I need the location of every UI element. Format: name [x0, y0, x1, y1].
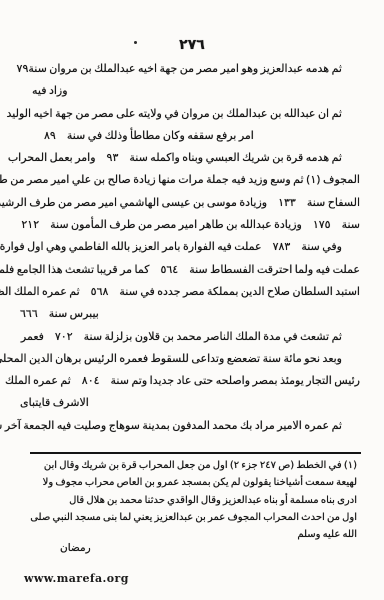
catchword: رمضان — [60, 542, 91, 554]
text-line: امر برفع سقفه وكان مطاطأ وذلك في سنة ٨٩ — [20, 125, 360, 147]
text-line: ثم هدمه قرة بن شريك العبسي وبناه واكمله … — [20, 147, 360, 169]
page-number: ٢٧٦ — [0, 37, 384, 53]
text-line: ثم عمره الامير مراد بك محمد المدفون بمدي… — [20, 415, 360, 437]
text-line: سنة ١٧٥ وزيادة عبدالله بن طاهر امير مصر … — [20, 214, 360, 236]
book-page: ٢٧٦ ثم هدمه عبدالعزيز وهو امير مصر من جه… — [0, 0, 384, 600]
footnote-line: لهيعة سمعت أشياخنا يقولون لم يكن بمسجد ع… — [24, 474, 357, 491]
text-line: السفاح سنة ١٣٣ وزيادة موسى بن عيسى الهاش… — [20, 192, 360, 214]
text-line: بيبرس سنة ٦٦٦ — [20, 303, 360, 325]
text-line: المجوف (١) ثم وسع وزيد فيه جملة مرات منه… — [20, 169, 360, 191]
footnote-line: (١) في الخطط (ص ٢٤٧ جزء ٢) اول من جعل ال… — [24, 457, 357, 474]
footnote-line: اول من احدث المحراب المجوف عمر بن عبدالع… — [24, 509, 357, 526]
text-line: وبعد نحو مائة سنة تضعضع وتداعى للسقوط فع… — [20, 348, 360, 370]
footnote-separator-rule — [30, 452, 361, 454]
main-text-block: ثم هدمه عبدالعزيز وهو امير مصر من جهة اخ… — [20, 58, 360, 437]
text-line: وفي سنة ٧٨٣ عملت فيه الفوارة بامر العزيز… — [20, 236, 360, 258]
text-line: ثم ان عبدالله بن عبدالملك بن مروان في ول… — [20, 103, 360, 125]
text-line: وزاد فيه — [20, 80, 360, 102]
text-line: عملت فيه ولما احترقت الفسطاط سنة ٥٦٤ كما… — [20, 259, 360, 281]
footnote-line: ادرى بناه مسلمة أو بناه عبدالعزيز وقال ا… — [24, 492, 357, 509]
footnote-line: الله عليه وسلم — [24, 526, 357, 543]
watermark: www.marefa.org — [24, 572, 129, 585]
text-line: الاشرف قايتباى — [20, 392, 360, 414]
text-line: استبد السلطان صلاح الدين بمملكة مصر جدده… — [20, 281, 360, 303]
text-line: ثم هدمه عبدالعزيز وهو امير مصر من جهة اخ… — [20, 58, 360, 80]
text-line-text: ثم هدمه عبدالعزيز وهو امير مصر من جهة اخ… — [28, 58, 342, 80]
text-line: رئيس التجار يومئذ بمصر واصلحه حتى عاد جد… — [20, 370, 360, 392]
text-line: ثم تشعث في مدة الملك الناصر محمد بن قلاو… — [20, 326, 360, 348]
text-line-year-number: ٧٩ — [17, 58, 29, 80]
footnote-block: (١) في الخطط (ص ٢٤٧ جزء ٢) اول من جعل ال… — [24, 457, 357, 543]
